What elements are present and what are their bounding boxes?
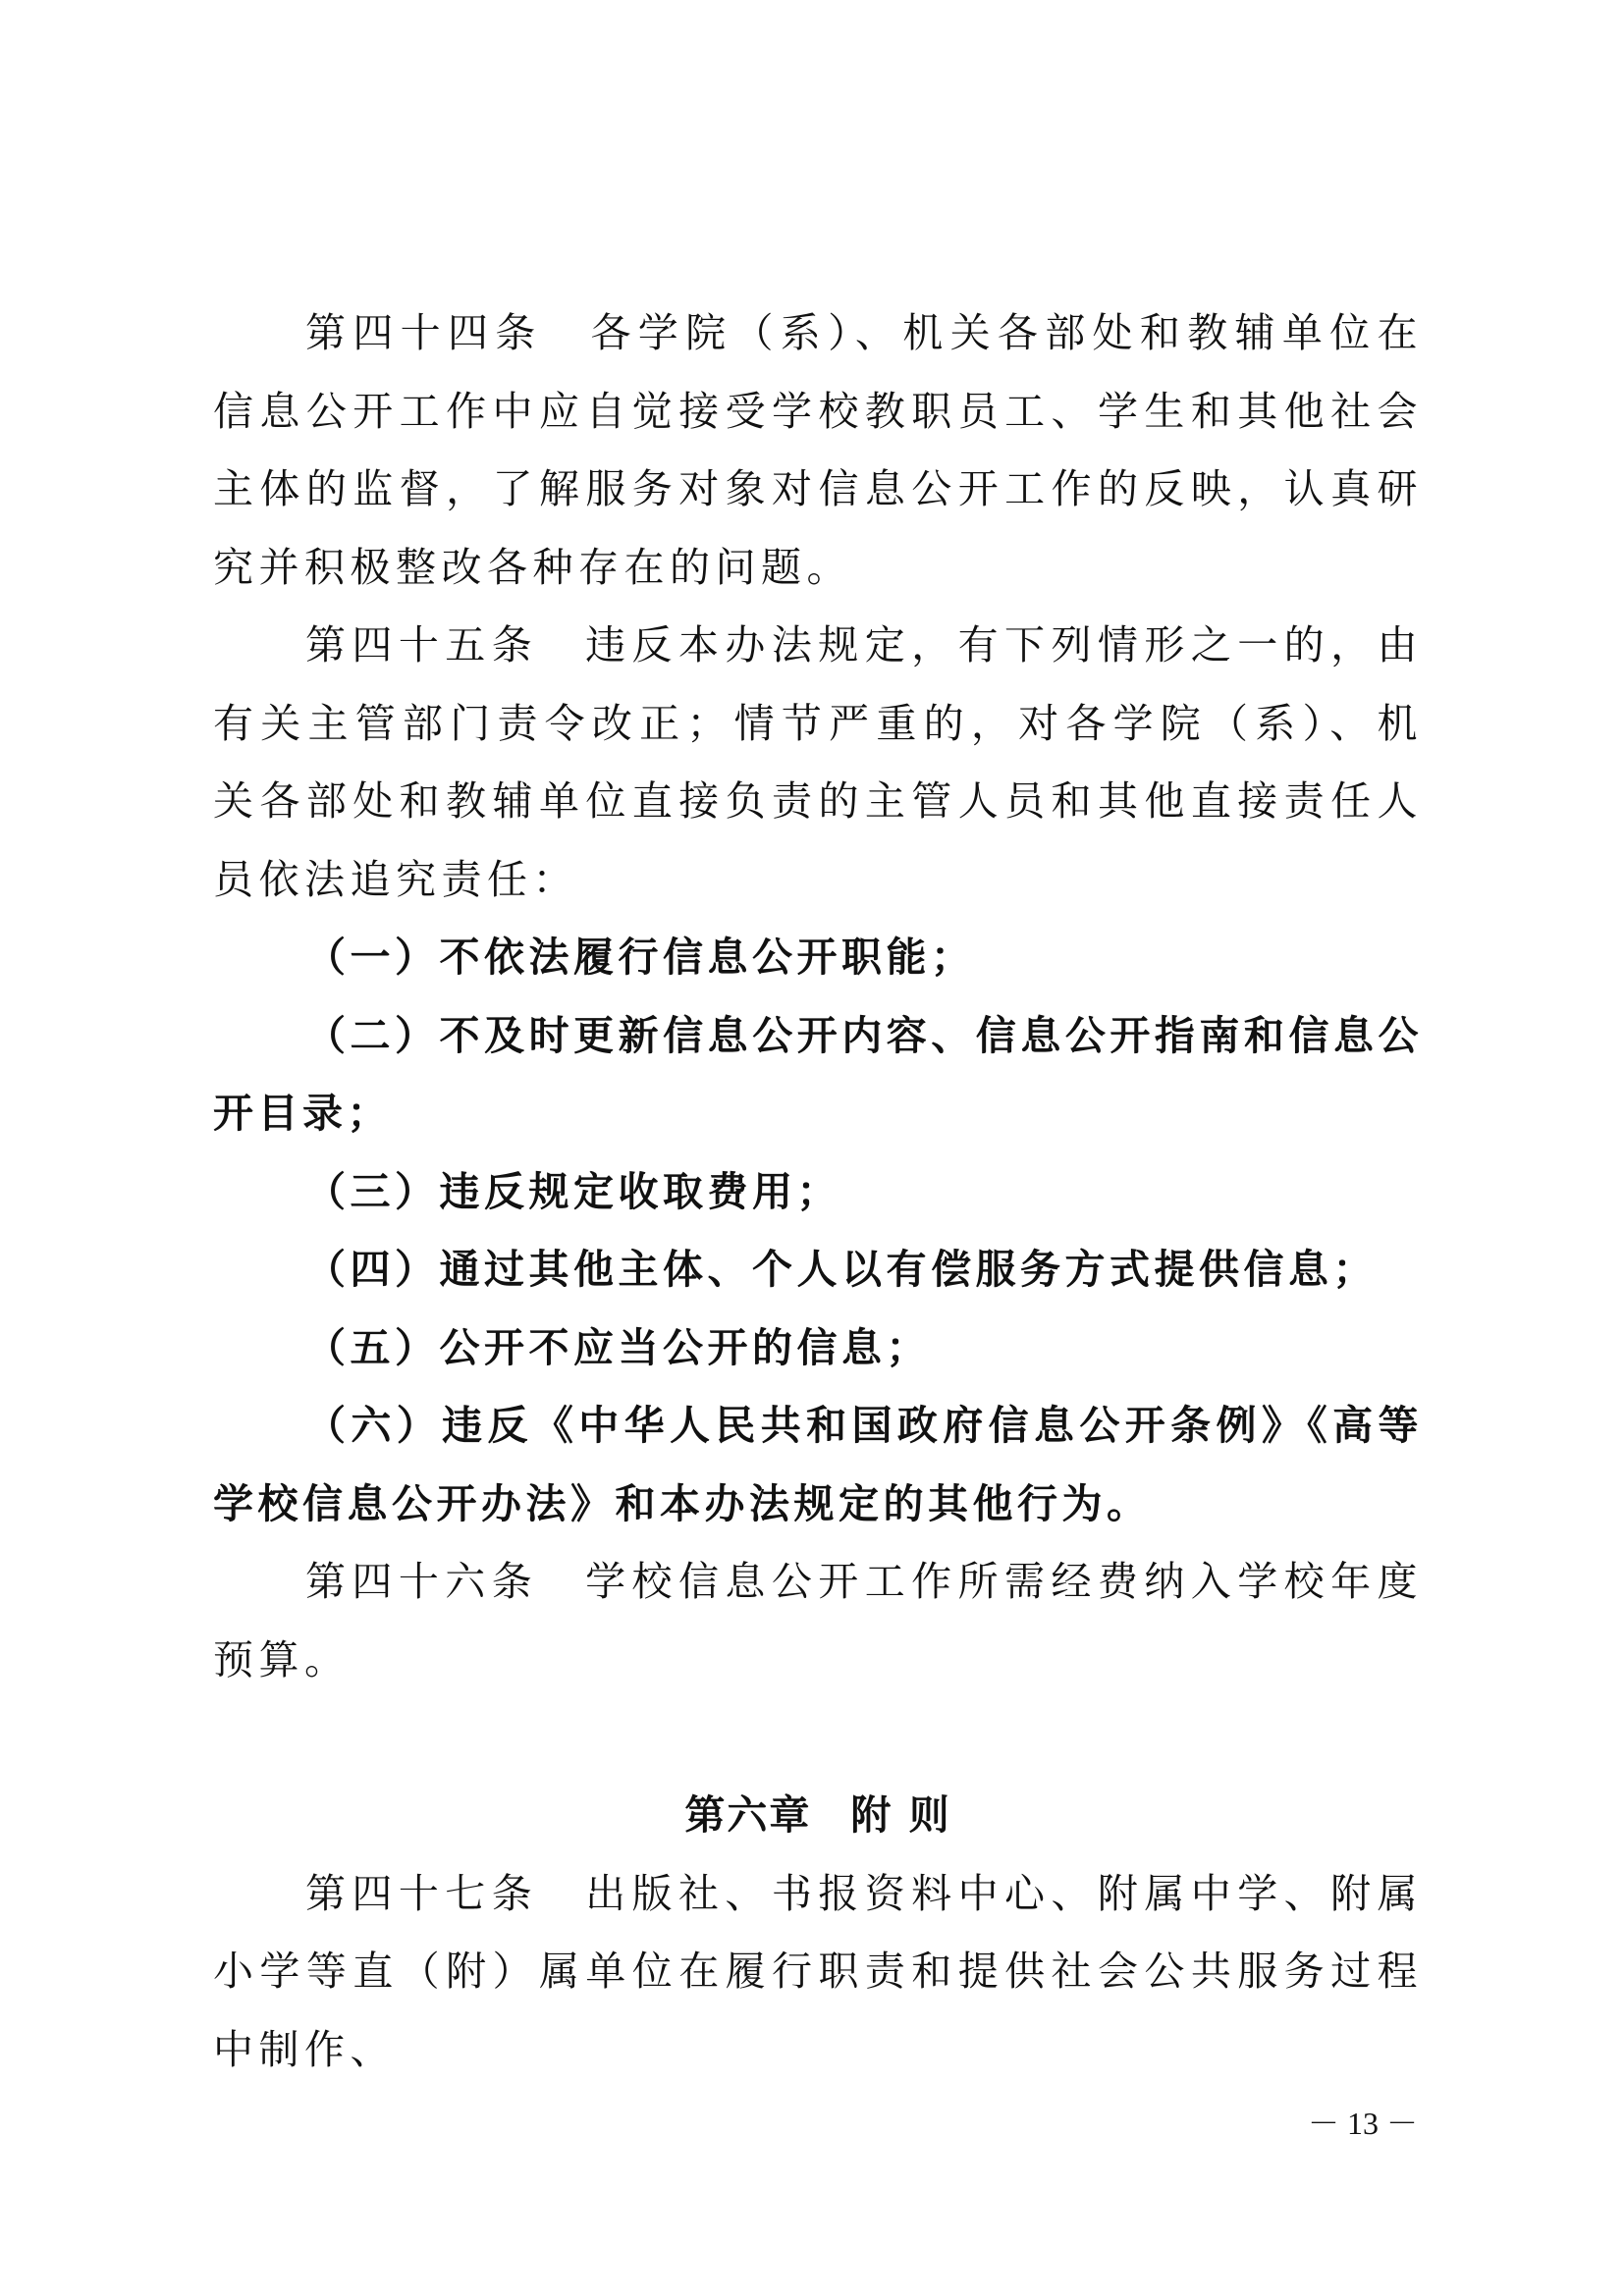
article-46: 第四十六条学校信息公开工作所需经费纳入学校年度预算。 (213, 1543, 1423, 1699)
chapter-name: 附 则 (850, 1791, 950, 1839)
chapter-number: 第六章 (684, 1791, 811, 1839)
page-number: － 13 － (1294, 2099, 1432, 2144)
article-45: 第四十五条违反本办法规定，有下列情形之一的，由有关主管部门责令改正；情节严重的，… (213, 607, 1423, 919)
list-item-3: （三）违反规定收取费用； (213, 1153, 1423, 1232)
article-number: 第四十四条 (305, 309, 543, 356)
list-item-1: （一）不依法履行信息公开职能； (213, 919, 1423, 997)
chapter-heading: 第六章附 则 (213, 1777, 1423, 1855)
list-item-2: （二）不及时更新信息公开内容、信息公开指南和信息公开目录； (213, 997, 1423, 1153)
article-number: 第四十五条 (305, 621, 538, 668)
article-number: 第四十六条 (305, 1558, 538, 1605)
document-page: 第四十四条各学院（系）、机关各部处和教辅单位在信息公开工作中应自觉接受学校教职员… (0, 0, 1624, 2296)
body-text: 第四十四条各学院（系）、机关各部处和教辅单位在信息公开工作中应自觉接受学校教职员… (213, 294, 1423, 2089)
article-number: 第四十七条 (305, 1870, 538, 1917)
list-item-4: （四）通过其他主体、个人以有偿服务方式提供信息； (213, 1231, 1423, 1309)
list-item-6: （六）违反《中华人民共和国政府信息公开条例》《高等学校信息公开办法》和本办法规定… (213, 1387, 1423, 1543)
article-44: 第四十四条各学院（系）、机关各部处和教辅单位在信息公开工作中应自觉接受学校教职员… (213, 294, 1423, 607)
list-item-5: （五）公开不应当公开的信息； (213, 1309, 1423, 1388)
article-47: 第四十七条出版社、书报资料中心、附属中学、附属小学等直（附）属单位在履行职责和提… (213, 1855, 1423, 2090)
